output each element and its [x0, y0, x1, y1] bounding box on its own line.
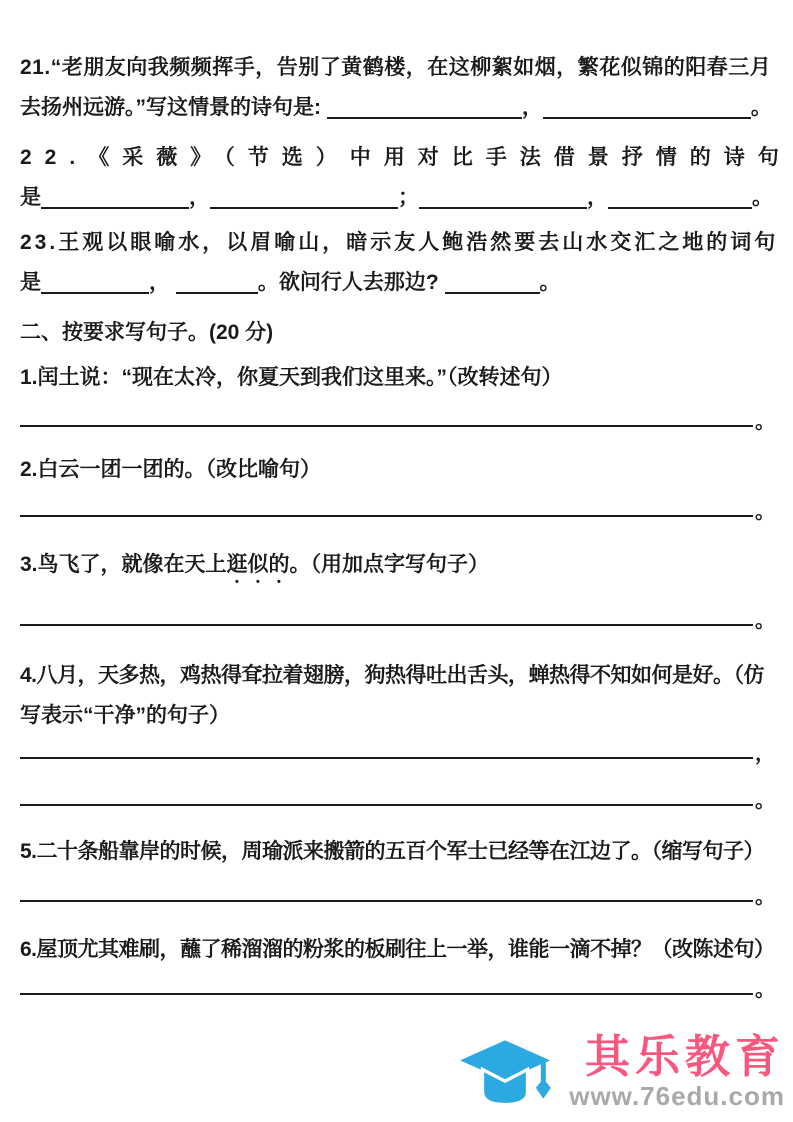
brand-url: www.76edu.com [569, 1081, 785, 1112]
question-22-line2: 是，；，。 [20, 178, 775, 218]
answer-line: 。 [20, 588, 775, 626]
answer-rule [20, 774, 753, 806]
question-s6: 6.屋顶尤其难刷，蘸了稀溜溜的粉浆的板刷往上一举，谁能一滴不掉？（改陈述句） 。 [20, 930, 775, 995]
question-s3-post: 。（用加点字写句子） [290, 553, 490, 576]
punct-period: 。 [540, 271, 561, 294]
question-s5: 5.二十条船靠岸的时候，周瑜派来搬箭的五百个军士已经等在江边了。（缩写句子） 。 [20, 832, 775, 902]
punct-period: 。 [755, 611, 775, 631]
question-21-line2: 去扬州远游。”写这情景的诗句是: ，。 [20, 88, 775, 128]
logo-text: 其乐教育 www.76edu.com [569, 1032, 785, 1113]
question-s2-text: 2.白云一团一团的。（改比喻句） [20, 450, 775, 490]
punct-semicolon: ； [398, 186, 419, 209]
punct-comma: ， [522, 96, 543, 119]
answer-blank [210, 183, 398, 209]
question-s4: 4.八月，天多热，鸡热得耷拉着翅膀，狗热得吐出舌头，蝉热得不知如何是好。（仿 写… [20, 656, 775, 806]
worksheet-page: 21.“老朋友向我频频挥手，告别了黄鹤楼，在这柳絮如烟，繁花似锦的阳春三月 去扬… [0, 0, 793, 995]
answer-rule [20, 870, 753, 902]
answer-blank [176, 268, 258, 294]
question-s1: 1.闰土说：“现在太冷，你夏天到我们这里来。”（改转述句） 。 [20, 358, 775, 427]
question-21-line2-text: 去扬州远游。”写这情景的诗句是: [20, 96, 321, 119]
question-22: 22.《采薇》（节选）中用对比手法借景抒情的诗句 是，；，。 [20, 138, 775, 218]
question-s2: 2.白云一团一团的。（改比喻句） 。 [20, 450, 775, 517]
question-s3-pre: 3.鸟飞了，就像在天上 [20, 553, 227, 576]
question-s3-dotted-words: 逛似的 [227, 553, 290, 576]
question-23-mid-text: 。欲问行人去那边? [258, 271, 439, 294]
answer-line: ， [20, 736, 775, 759]
question-s3: 3.鸟飞了，就像在天上逛似的。（用加点字写句子） 。 [20, 545, 775, 626]
answer-line: 。 [20, 872, 775, 902]
answer-rule [20, 968, 753, 995]
punct-period: 。 [752, 186, 773, 209]
punct-comma: ， [189, 186, 210, 209]
brand-name: 其乐教育 [585, 1032, 785, 1082]
answer-blank [445, 268, 540, 294]
question-22-prefix: 是 [20, 186, 41, 209]
answer-rule [20, 586, 753, 626]
answer-line: 。 [20, 398, 775, 427]
punct-period: 。 [755, 887, 775, 907]
question-s6-text: 6.屋顶尤其难刷，蘸了稀溜溜的粉浆的板刷往上一举，谁能一滴不掉？（改陈述句） [20, 930, 775, 970]
question-s5-text: 5.二十条船靠岸的时候，周瑜派来搬箭的五百个军士已经等在江边了。（缩写句子） [20, 832, 775, 872]
answer-line: 。 [20, 490, 775, 517]
answer-rule [20, 396, 753, 427]
answer-blank [327, 93, 522, 119]
answer-line: 。 [20, 970, 775, 995]
answer-rule [20, 488, 753, 517]
question-23-line2: 是， 。欲问行人去那边? 。 [20, 263, 775, 303]
question-s4-line1: 4.八月，天多热，鸡热得耷拉着翅膀，狗热得吐出舌头，蝉热得不知如何是好。（仿 [20, 656, 775, 696]
punct-period: 。 [755, 412, 775, 432]
answer-blank [41, 268, 149, 294]
punct-period: 。 [755, 980, 775, 1000]
site-logo: 其乐教育 www.76edu.com [455, 1030, 785, 1114]
question-21-line1: 21.“老朋友向我频频挥手，告别了黄鹤楼，在这柳絮如烟，繁花似锦的阳春三月 [20, 48, 775, 88]
answer-line: 。 [20, 776, 775, 806]
question-s4-line2: 写表示“干净”的句子） [20, 696, 775, 736]
punct-period: 。 [755, 502, 775, 522]
answer-blank [608, 183, 752, 209]
question-21: 21.“老朋友向我频频挥手，告别了黄鹤楼，在这柳絮如烟，繁花似锦的阳春三月 去扬… [20, 48, 775, 128]
section-2-header: 二、按要求写句子。(20 分) [20, 313, 775, 353]
question-22-line1: 22.《采薇》（节选）中用对比手法借景抒情的诗句 [20, 138, 775, 178]
answer-rule [20, 734, 753, 759]
question-23-line1: 23.王观以眼喻水，以眉喻山，暗示友人鲍浩然要去山水交汇之地的词句 [20, 223, 775, 263]
question-23-prefix: 是 [20, 271, 41, 294]
answer-blank [41, 183, 189, 209]
punct-comma: ， [755, 744, 775, 764]
punct-comma: ， [587, 186, 608, 209]
punct-period: 。 [755, 791, 775, 811]
punct-period: 。 [751, 96, 772, 119]
question-23: 23.王观以眼喻水，以眉喻山，暗示友人鲍浩然要去山水交汇之地的词句 是， 。欲问… [20, 223, 775, 303]
answer-blank [419, 183, 587, 209]
question-s1-text: 1.闰土说：“现在太冷，你夏天到我们这里来。”（改转述句） [20, 358, 775, 398]
answer-blank [543, 93, 751, 119]
question-s3-text: 3.鸟飞了，就像在天上逛似的。（用加点字写句子） [20, 545, 775, 588]
punct-comma: ， [149, 271, 170, 294]
graduation-cap-icon [455, 1030, 555, 1114]
